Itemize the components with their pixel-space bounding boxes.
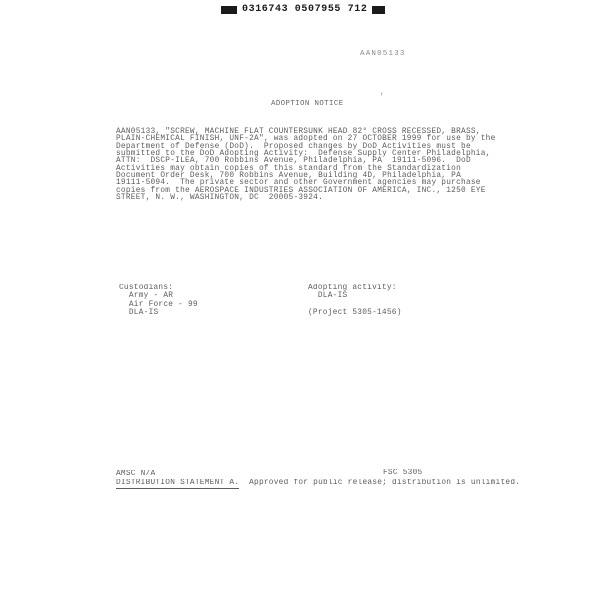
- notice-paragraph: AAN05133, "SCREW, MACHINE FLAT COUNTERSU…: [116, 129, 496, 202]
- distribution-statement: DISTRIBUTION STATEMENT A. Approved for p…: [116, 479, 520, 487]
- custodians-block: Custodians: Army - AR Air Force - 99 DLA…: [119, 284, 198, 318]
- scan-artifact-mark: ': [379, 92, 384, 102]
- page-title: ADOPTION NOTICE: [271, 100, 344, 108]
- barcode-number: 0316743 0507955 712: [242, 5, 367, 15]
- barcode-end-block-icon: [372, 6, 385, 14]
- scan-barcode-header: 0316743 0507955 712: [221, 5, 385, 15]
- scanned-document-page: 0316743 0507955 712 AAN05133 ' ADOPTION …: [0, 0, 600, 600]
- footer-fsc: FSC 5305: [383, 469, 422, 477]
- document-number: AAN05133: [360, 50, 406, 58]
- adopting-activity-block: Adopting activity: DLA-IS (Project 5305-…: [308, 284, 402, 318]
- distribution-statement-title: DISTRIBUTION STATEMENT A.: [116, 479, 239, 489]
- footer-amsc: AMSC N/A: [116, 470, 155, 478]
- distribution-statement-text: Approved for public release; distributio…: [239, 479, 520, 487]
- barcode-start-block-icon: [221, 6, 237, 14]
